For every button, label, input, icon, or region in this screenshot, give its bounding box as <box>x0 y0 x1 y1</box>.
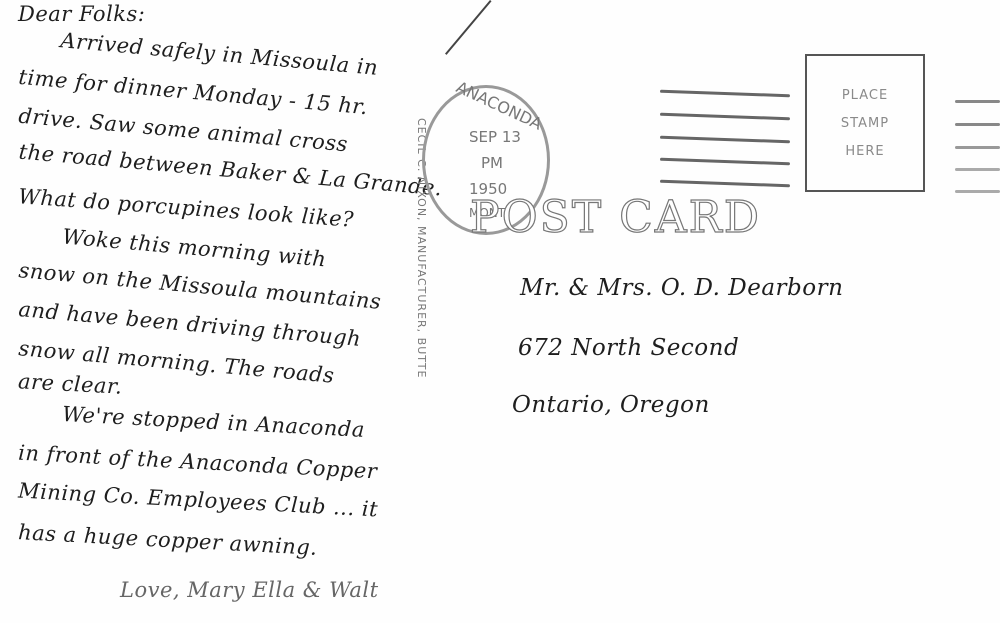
address-line-2: 672 North Second <box>518 335 739 361</box>
postmark-city: ANACONDA <box>453 77 545 133</box>
stamp-text: HERE <box>807 144 923 159</box>
stamp-box: PLACE STAMP HERE <box>805 54 925 192</box>
message-line: We're stopped in Anaconda <box>62 402 366 442</box>
postcard-title: POST CARD <box>470 192 761 243</box>
message-line: has a huge copper awning. <box>18 520 318 560</box>
stamp-text: STAMP <box>807 116 923 131</box>
postcard-back: Dear Folks: Arrived safely in Missoula i… <box>0 0 1000 623</box>
postmark-time: PM <box>481 154 503 172</box>
salutation: Dear Folks: <box>18 2 145 26</box>
message-line: in front of the Anaconda Copper <box>18 441 378 484</box>
address-line-3: Ontario, Oregon <box>512 392 710 418</box>
postmark-date: SEP 13 <box>469 128 521 146</box>
stamp-text: PLACE <box>807 88 923 103</box>
message-line: are clear. <box>17 369 123 398</box>
message-line: Mining Co. Employees Club ... it <box>18 479 379 522</box>
address-line-1: Mr. & Mrs. O. D. Dearborn <box>520 275 843 301</box>
pen-stroke <box>445 0 492 55</box>
signature: Love, Mary Ella & Walt <box>120 578 379 602</box>
